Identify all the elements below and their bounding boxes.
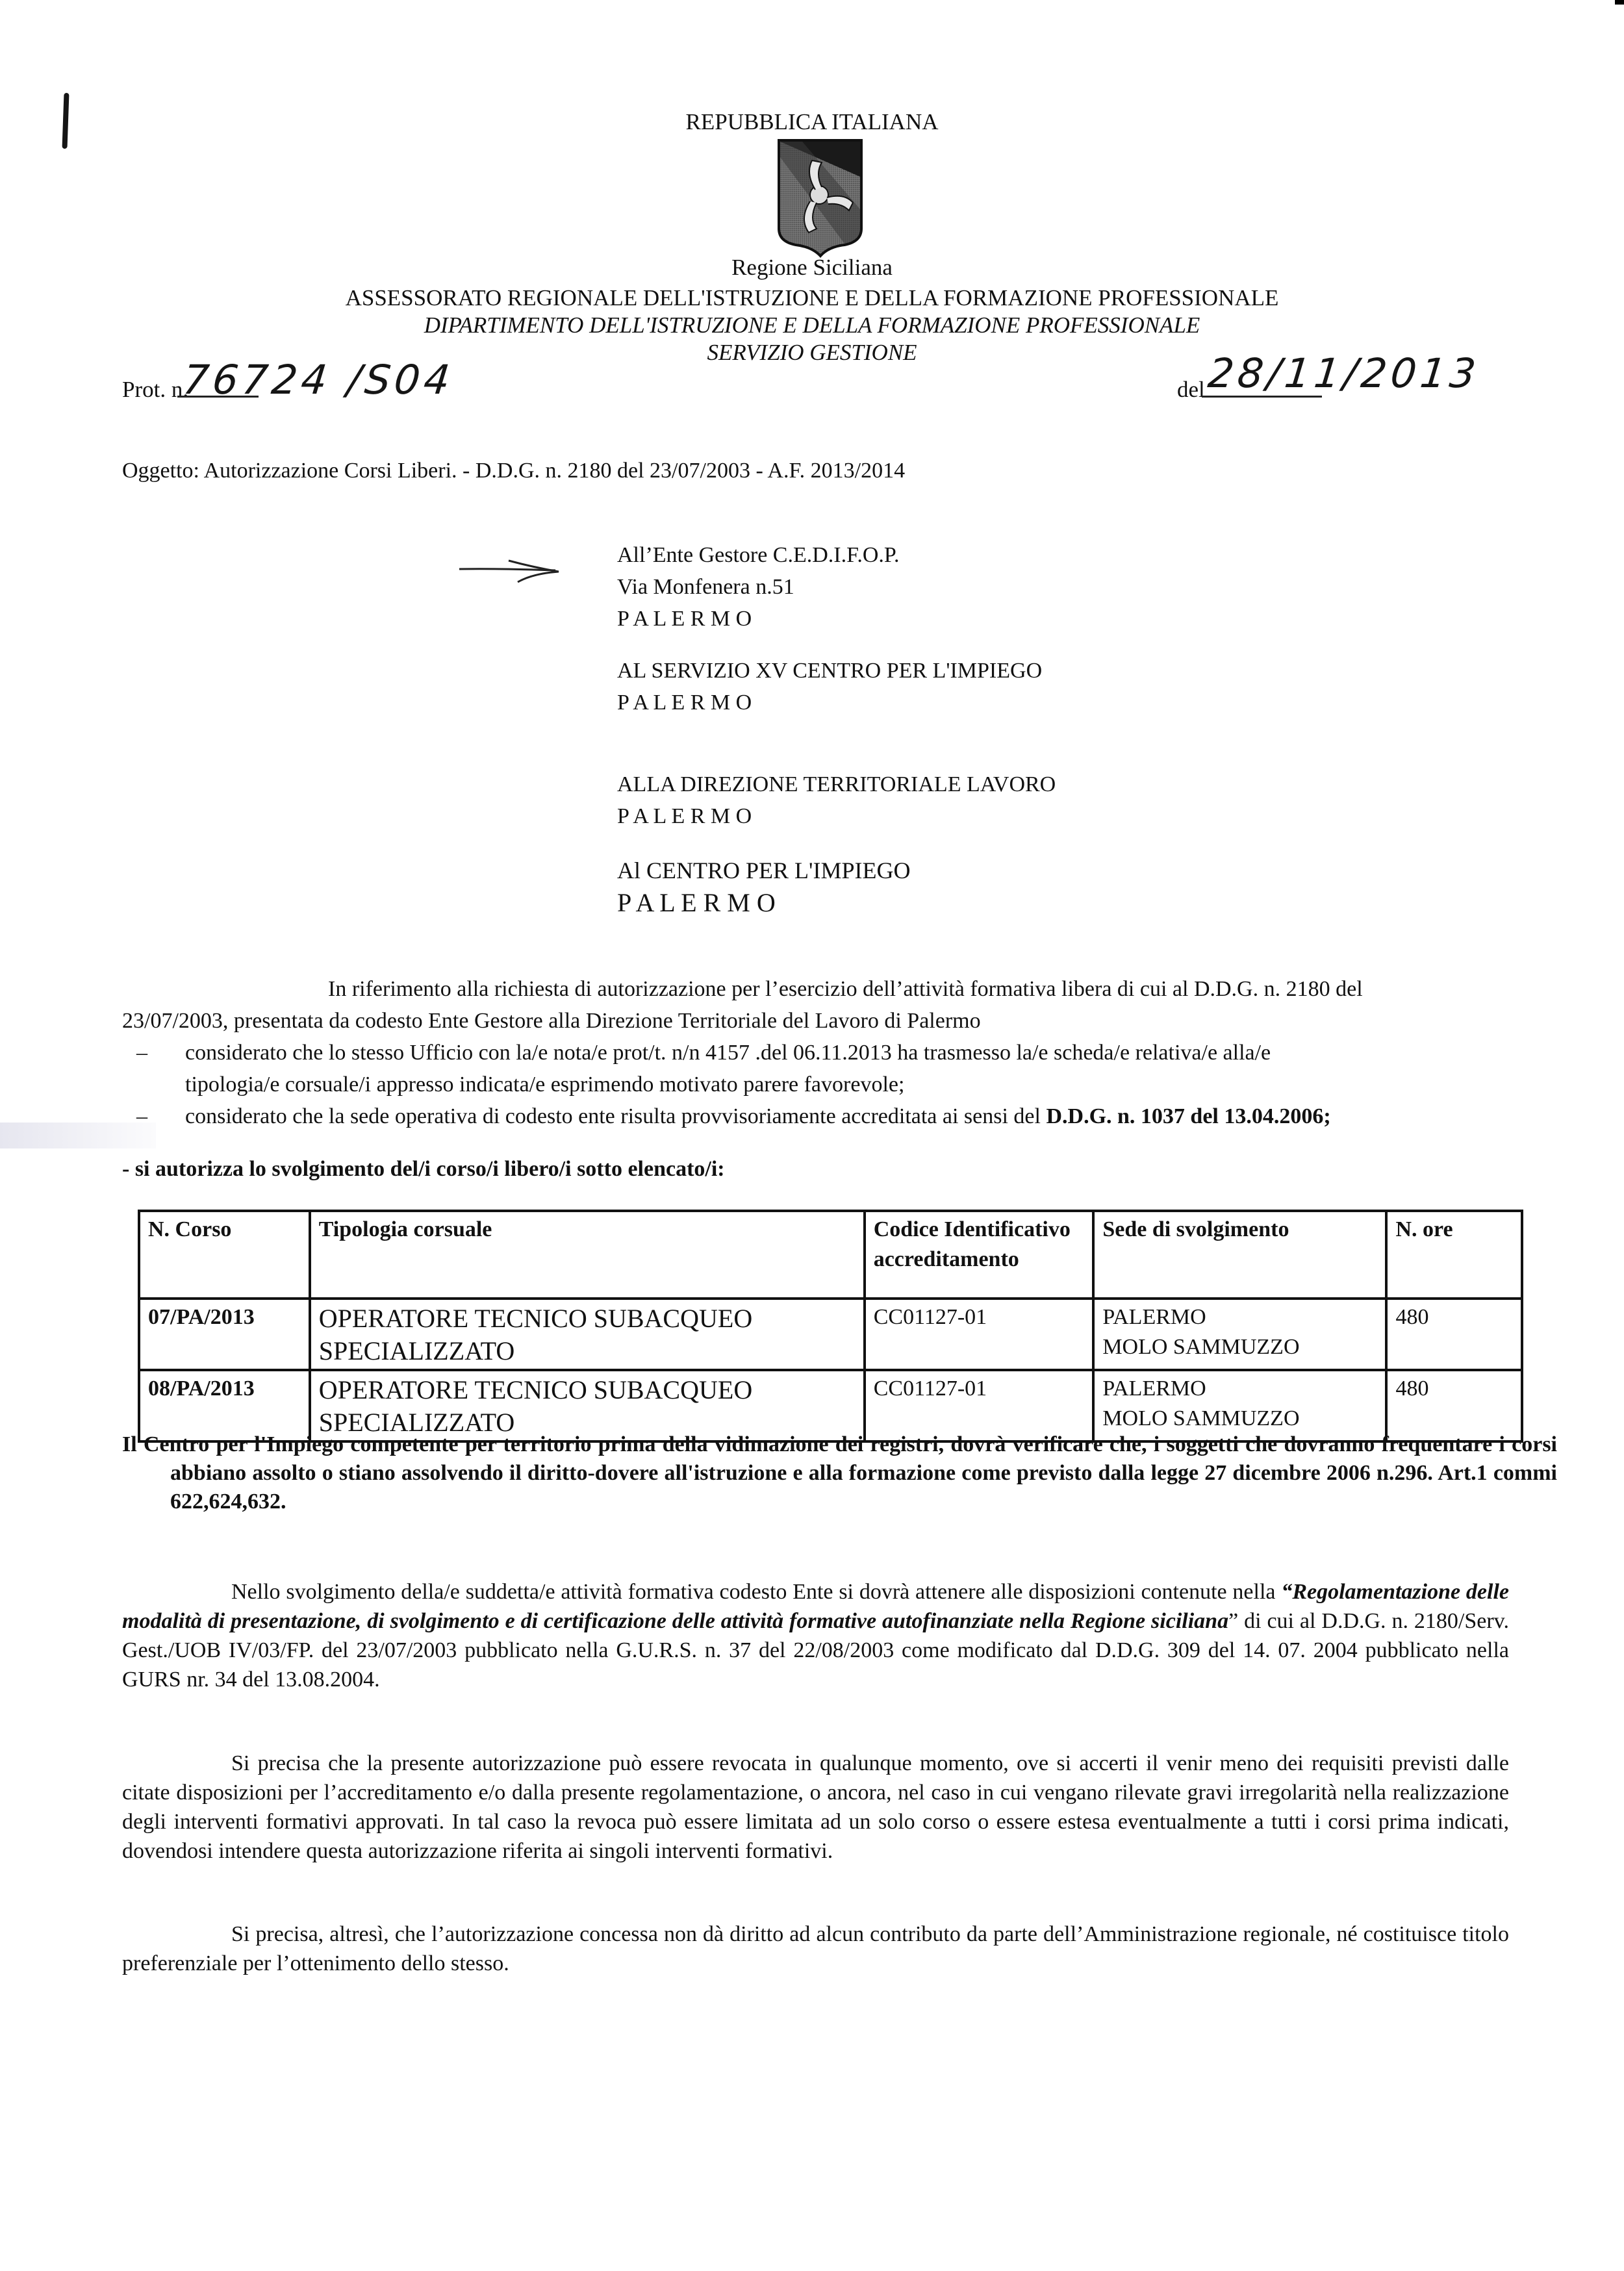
recipient-3: ALLA DIREZIONE TERRITORIALE LAVORO P A L… xyxy=(617,768,1056,832)
subject-line: Oggetto: Autorizzazione Corsi Liberi. - … xyxy=(122,455,905,487)
scan-corner-mark xyxy=(1615,0,1624,5)
bullet-2: considerato che la sede operativa di cod… xyxy=(185,1100,1331,1132)
recipient-3-line: P A L E R M O xyxy=(617,800,1056,832)
dipartimento-name: DIPARTIMENTO DELL'ISTRUZIONE E DELLA FOR… xyxy=(0,312,1624,338)
recipient-1-line: Via Monfenera n.51 xyxy=(617,571,900,603)
recipient-1: All’Ente Gestore C.E.D.I.F.O.P. Via Monf… xyxy=(617,539,900,635)
protocol-label: Prot. n. xyxy=(122,377,188,403)
location-city: PALERMO xyxy=(1102,1374,1377,1404)
regulation-paragraph: Nello svolgimento della/e suddetta/e att… xyxy=(122,1577,1509,1694)
intro-line-2: 23/07/2003, presentata da codesto Ente G… xyxy=(122,1005,981,1037)
intro-line-1: In riferimento alla richiesta di autoriz… xyxy=(328,973,1363,1005)
courses-table: N. Corso Tipologia corsuale Codice Ident… xyxy=(138,1210,1523,1443)
bullet-dash: – xyxy=(136,1037,147,1069)
recipient-2: AL SERVIZIO XV CENTRO PER L'IMPIEGO P A … xyxy=(617,655,1042,718)
scan-smudge xyxy=(0,1123,156,1148)
employment-centre-notice: Il Centro per l'Impiego competente per t… xyxy=(122,1430,1557,1516)
revocation-paragraph: Si precisa che la presente autorizzazion… xyxy=(122,1749,1509,1866)
country-title: REPUBBLICA ITALIANA xyxy=(0,109,1624,135)
recipient-2-line: P A L E R M O xyxy=(617,687,1042,718)
bullet-2-decree: D.D.G. n. 1037 del 13.04.2006; xyxy=(1046,1104,1330,1128)
course-location: PALERMOMOLO SAMMUZZO xyxy=(1093,1299,1386,1370)
assessorato-name: ASSESSORATO REGIONALE DELL'ISTRUZIONE E … xyxy=(0,285,1624,311)
course-number: 07/PA/2013 xyxy=(139,1299,310,1370)
course-hours: 480 xyxy=(1386,1299,1522,1370)
regulation-lead: Nello svolgimento della/e suddetta/e att… xyxy=(231,1580,1281,1604)
column-header: N. ore xyxy=(1386,1211,1522,1299)
recipient-3-line: ALLA DIREZIONE TERRITORIALE LAVORO xyxy=(617,768,1056,800)
authorization-statement: - si autorizza lo svolgimento del/i cors… xyxy=(122,1153,725,1185)
region-name: Regione Siciliana xyxy=(0,255,1624,281)
accreditation-code: CC01127-01 xyxy=(865,1299,1094,1370)
table-row: 07/PA/2013 OPERATORE TECNICO SUBACQUEO S… xyxy=(139,1299,1522,1370)
protocol-number-handwritten: 76724 /S04 xyxy=(181,356,456,403)
location-site: MOLO SAMMUZZO xyxy=(1102,1404,1377,1434)
location-site: MOLO SAMMUZZO xyxy=(1102,1332,1377,1362)
recipient-1-line: P A L E R M O xyxy=(617,603,900,635)
trinacria-shield-emblem-icon xyxy=(776,138,864,258)
date-handwritten: 28/11/2013 xyxy=(1206,349,1482,397)
recipient-4: Al CENTRO PER L'IMPIEGO P A L E R M O xyxy=(617,855,911,919)
column-header: Codice Identificativo accreditamento xyxy=(865,1211,1094,1299)
recipient-4-line: Al CENTRO PER L'IMPIEGO xyxy=(617,855,911,887)
recipient-2-line: AL SERVIZIO XV CENTRO PER L'IMPIEGO xyxy=(617,655,1042,687)
course-type: OPERATORE TECNICO SUBACQUEO SPECIALIZZAT… xyxy=(310,1299,865,1370)
bullet-1-line-2: tipologia/e corsuale/i appresso indicata… xyxy=(185,1069,904,1100)
bullet-2-text: considerato che la sede operativa di cod… xyxy=(185,1104,1046,1128)
bullet-dash: – xyxy=(136,1100,147,1132)
column-header: Sede di svolgimento xyxy=(1093,1211,1386,1299)
location-city: PALERMO xyxy=(1102,1302,1377,1332)
date-label: del xyxy=(1177,377,1205,403)
recipient-1-line: All’Ente Gestore C.E.D.I.F.O.P. xyxy=(617,539,900,571)
column-header: N. Corso xyxy=(139,1211,310,1299)
table-header-row: N. Corso Tipologia corsuale Codice Ident… xyxy=(139,1211,1522,1299)
column-header: Tipologia corsuale xyxy=(310,1211,865,1299)
contribution-paragraph: Si precisa, altresì, che l’autorizzazion… xyxy=(122,1920,1509,1978)
bullet-1-line-1: considerato che lo stesso Ufficio con la… xyxy=(185,1037,1271,1069)
recipient-4-line: P A L E R M O xyxy=(617,887,911,919)
arrow-right-icon xyxy=(458,557,562,590)
